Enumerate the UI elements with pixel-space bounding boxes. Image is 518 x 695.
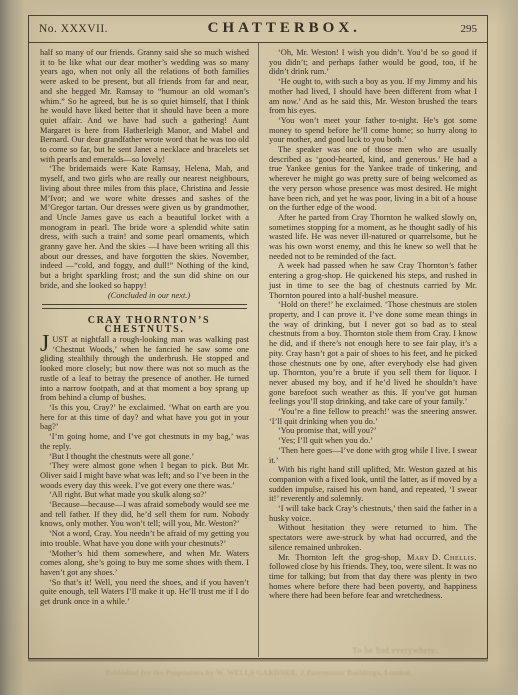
bleedthrough-imprint: Published for the Proprietors by W. WELL… <box>0 668 518 677</box>
page-header: No. XXXVII. CHATTERBOX. 295 <box>29 16 487 43</box>
story-paragraph: ‘The bridemaids were Kate Ramsay, Helena… <box>40 164 249 290</box>
story-paragraph: A week had passed when he saw Cray Thorn… <box>269 261 477 300</box>
story-paragraph: After he parted from Cray Thornton he wa… <box>269 213 477 262</box>
story-paragraph: ‘All right. But what made you skulk alon… <box>40 490 249 500</box>
page-frame: No. XXXVII. CHATTERBOX. 295 half so many… <box>28 15 488 659</box>
page-title: CHATTERBOX. <box>208 20 361 37</box>
left-column: half so many of our friends. Granny said… <box>29 43 258 657</box>
story-paragraph: ‘He ought to, with such a boy as you. If… <box>269 77 477 116</box>
story-paragraph: ‘Is this you, Cray?’ he exclaimed. ‘What… <box>40 403 249 432</box>
story-paragraph: ‘Yes; I’ll quit when you do.’ <box>269 436 477 446</box>
issue-number: No. XXXVII. <box>39 23 108 35</box>
story-paragraph: ‘But I thought the chestnuts were all go… <box>40 452 249 462</box>
story-paragraph: ‘So that’s it! Well, you need the shoes,… <box>40 578 249 607</box>
section-title: CRAY THORNTON’S CHESTNUTS. <box>40 316 249 335</box>
story-paragraph: ‘They were almost gone when I began to p… <box>40 461 249 490</box>
story-paragraph: ‘You won’t meet your father to-night. He… <box>269 116 477 145</box>
story-paragraph: ‘Oh, Mr. Weston! I wish you didn’t. You’… <box>269 48 477 77</box>
story-paragraph: With his right hand still uplifted, Mr. … <box>269 465 477 504</box>
story-paragraph: ‘Because—because—I was afraid somebody w… <box>40 500 249 529</box>
opening-text: UST at nightfall a rough-looking man was… <box>40 335 249 402</box>
story-opening-paragraph: JUST at nightfall a rough-looking man wa… <box>40 335 249 403</box>
author-signature: Mary D. Chellis. <box>401 553 477 563</box>
drop-cap: J <box>40 335 52 354</box>
section-divider <box>42 304 247 308</box>
bleedthrough-text: To be had everywhere. <box>352 645 438 655</box>
story-paragraph: Without hesitation they were returned to… <box>269 523 477 552</box>
concluded-note: (Concluded in our next.) <box>40 291 249 301</box>
story-paragraph: ‘I will take back Cray’s chestnuts,’ the… <box>269 504 477 523</box>
story-paragraph: The speaker was one of those men who are… <box>269 145 477 213</box>
closing-paragraph: Mary D. Chellis.Mr. Thornton left the gr… <box>269 553 477 602</box>
story-paragraph: ‘You promise that, will you?’ <box>269 426 477 436</box>
story-paragraph: ‘I’m going home, and I’ve got chestnuts … <box>40 432 249 451</box>
right-column: ‘Oh, Mr. Weston! I wish you didn’t. You’… <box>258 43 487 657</box>
story-paragraph: ‘Not a word, Cray. You needn’t be afraid… <box>40 529 249 548</box>
text-columns: half so many of our friends. Granny said… <box>29 43 487 657</box>
story-paragraph: ‘Hold on there!’ he exclaimed. ‘Those ch… <box>269 300 477 407</box>
story-paragraph: ‘Then here goes—I’ve done with grog whil… <box>269 446 477 465</box>
page-number: 295 <box>460 23 477 35</box>
story-paragraph: ‘Mother’s hid them somewhere, and when M… <box>40 549 249 578</box>
scanned-page: No. XXXVII. CHATTERBOX. 295 half so many… <box>0 0 518 695</box>
story-paragraph: ‘You’re a fine fellow to preach!’ was th… <box>269 407 477 426</box>
story-paragraph: half so many of our friends. Granny said… <box>40 48 249 164</box>
